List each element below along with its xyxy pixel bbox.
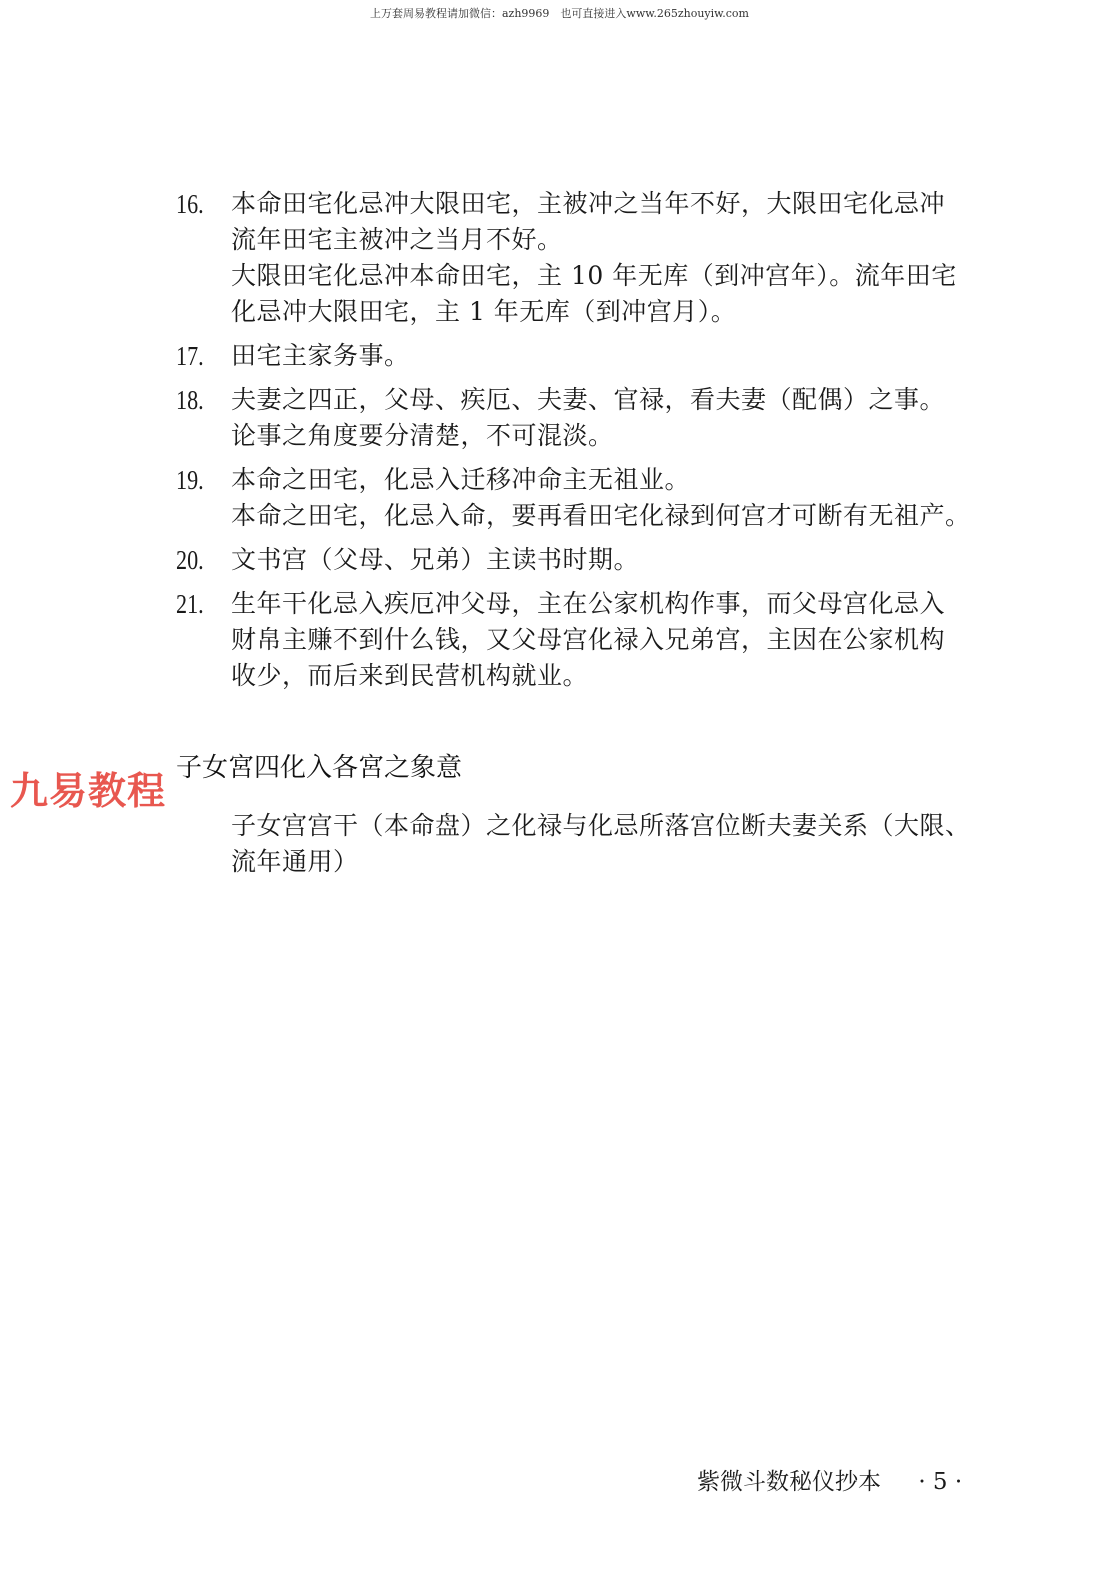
numbered-list: 16. 本命田宅化忌冲大限田宅，主被冲之当年不好，大限田宅化忌冲 流年田宅主被冲… (176, 186, 1016, 702)
item-number: 21. (176, 586, 221, 694)
page-footer: 紫微斗数秘仪抄本 · 5 · (697, 1466, 962, 1498)
book-title: 紫微斗数秘仪抄本 (697, 1469, 881, 1495)
section-body: 子女宫宫干（本命盘）之化禄与化忌所落宫位断夫妻关系（大限、 流年通用） (231, 808, 1021, 880)
item-line: 论事之角度要分清楚，不可混淡。 (231, 418, 1016, 454)
section-line: 子女宫宫干（本命盘）之化禄与化忌所落宫位断夫妻关系（大限、 (231, 808, 1021, 844)
item-line: 收少，而后来到民营机构就业。 (231, 658, 1016, 694)
item-body: 夫妻之四正，父母、疾厄、夫妻、官禄，看夫妻（配偶）之事。 论事之角度要分清楚，不… (231, 382, 1016, 454)
item-line: 本命之田宅，化忌入命，要再看田宅化禄到何宫才可断有无祖产。 (231, 498, 1016, 534)
item-body: 文书宫（父母、兄弟）主读书时期。 (231, 542, 1016, 578)
item-body: 本命之田宅，化忌入迁移冲命主无祖业。 本命之田宅，化忌入命，要再看田宅化禄到何宫… (231, 462, 1016, 534)
list-item-20: 20. 文书宫（父母、兄弟）主读书时期。 (176, 542, 1016, 578)
section-line: 流年通用） (231, 844, 1021, 880)
item-line: 财帛主赚不到什么钱，又父母宫化禄入兄弟宫，主因在公家机构 (231, 622, 1016, 658)
list-item-19: 19. 本命之田宅，化忌入迁移冲命主无祖业。 本命之田宅，化忌入命，要再看田宅化… (176, 462, 1016, 534)
item-number: 16. (176, 186, 221, 330)
page-number: · 5 · (918, 1469, 962, 1495)
watermark-logo: 九易教程 (10, 760, 166, 815)
item-line: 生年干化忌入疾厄冲父母，主在公家机构作事，而父母宫化忌入 (231, 586, 1016, 622)
list-item-18: 18. 夫妻之四正，父母、疾厄、夫妻、官禄，看夫妻（配偶）之事。 论事之角度要分… (176, 382, 1016, 454)
item-number: 18. (176, 382, 221, 454)
item-line: 化忌冲大限田宅，主 1 年无库（到冲宫月）。 (231, 294, 1016, 330)
list-item-21: 21. 生年干化忌入疾厄冲父母，主在公家机构作事，而父母宫化忌入 财帛主赚不到什… (176, 586, 1016, 694)
item-line: 田宅主家务事。 (231, 338, 1016, 374)
list-item-17: 17. 田宅主家务事。 (176, 338, 1016, 374)
item-number: 19. (176, 462, 221, 534)
item-number: 17. (176, 338, 221, 374)
item-body: 田宅主家务事。 (231, 338, 1016, 374)
item-body: 本命田宅化忌冲大限田宅，主被冲之当年不好，大限田宅化忌冲 流年田宅主被冲之当月不… (231, 186, 1016, 330)
item-line: 流年田宅主被冲之当月不好。 (231, 222, 1016, 258)
item-line: 大限田宅化忌冲本命田宅，主 10 年无库（到冲宫年）。流年田宅 (231, 258, 1016, 294)
list-item-16: 16. 本命田宅化忌冲大限田宅，主被冲之当年不好，大限田宅化忌冲 流年田宅主被冲… (176, 186, 1016, 330)
top-banner: 上万套周易教程请加微信：azh9969 也可直接进入www.265zhouyiw… (0, 5, 1119, 21)
item-line: 夫妻之四正，父母、疾厄、夫妻、官禄，看夫妻（配偶）之事。 (231, 382, 1016, 418)
item-number: 20. (176, 542, 221, 578)
item-body: 生年干化忌入疾厄冲父母，主在公家机构作事，而父母宫化忌入 财帛主赚不到什么钱，又… (231, 586, 1016, 694)
item-line: 本命田宅化忌冲大限田宅，主被冲之当年不好，大限田宅化忌冲 (231, 186, 1016, 222)
item-line: 本命之田宅，化忌入迁移冲命主无祖业。 (231, 462, 1016, 498)
item-line: 文书宫（父母、兄弟）主读书时期。 (231, 542, 1016, 578)
section-heading: 子女宮四化入各宮之象意 (176, 750, 462, 786)
